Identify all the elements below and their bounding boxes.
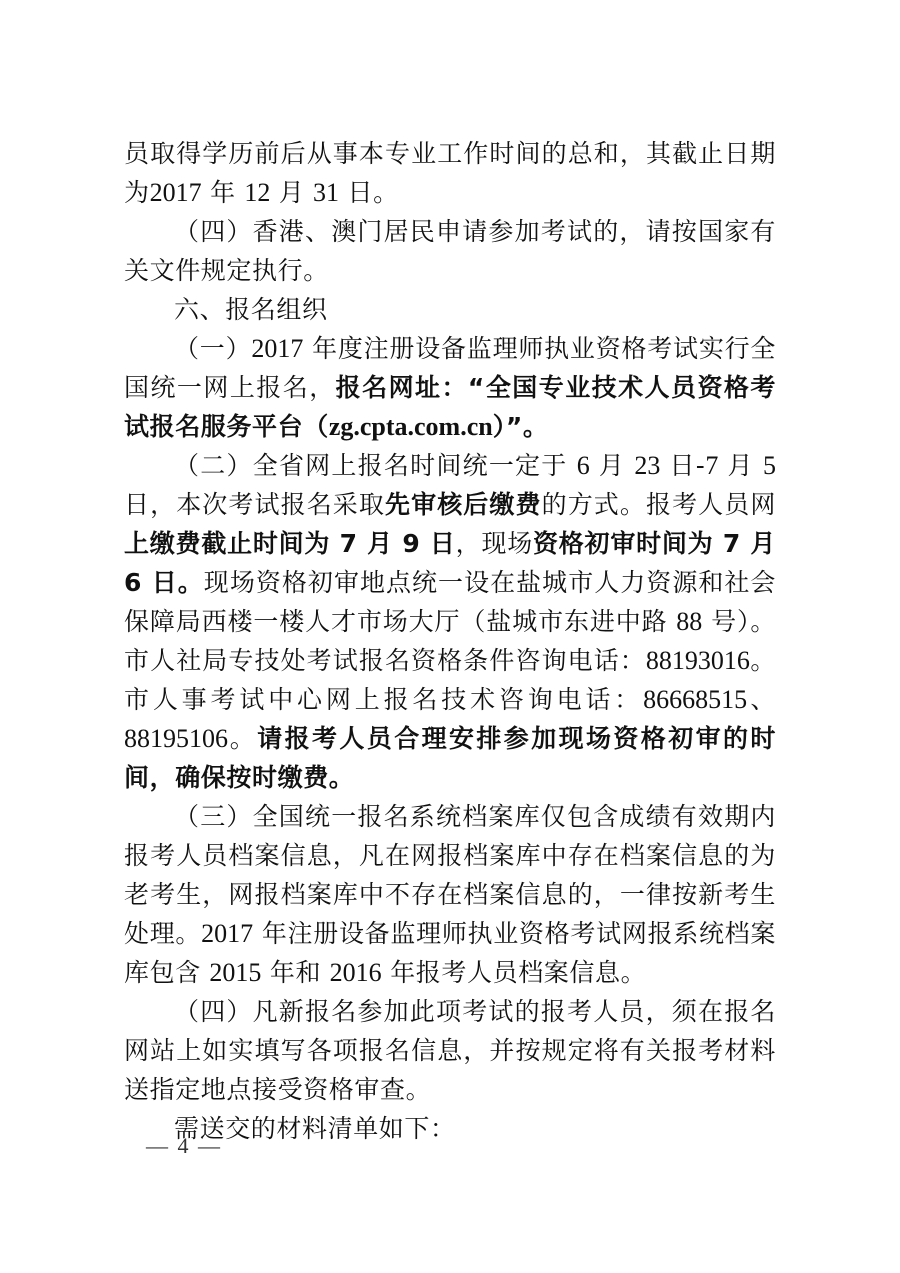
bold-text-run: 上缴费截止时间为 7 月 9 日 <box>124 529 456 558</box>
text-run: 年 <box>202 178 245 207</box>
section-heading-registration: 六、报名组织 <box>124 290 776 329</box>
text-run: 年报考人员档案信息。 <box>382 958 647 987</box>
text-run: （二）全省网上报名时间统一定于 <box>174 451 577 480</box>
phone-number: 88193016 <box>646 646 750 675</box>
document-page: 员取得学历前后从事本专业工作时间的总和，其截止日期为2017 年 12 月 31… <box>124 134 776 1148</box>
text-run: 5 <box>763 451 776 480</box>
text-run: （一） <box>174 334 251 363</box>
text-run: 日。 <box>339 178 399 207</box>
text-run: 日- <box>660 451 705 480</box>
text-run: 88 <box>676 607 702 636</box>
text-run: 6 <box>577 451 590 480</box>
text-run: 月 <box>590 451 635 480</box>
text-run: 的方式。报考人员网 <box>542 490 776 519</box>
heading-text: 六、报名组织 <box>174 295 328 324</box>
paragraph-work-time-deadline: 员取得学历前后从事本专业工作时间的总和，其截止日期为2017 年 12 月 31… <box>124 134 776 212</box>
text-run: 23 <box>634 451 660 480</box>
phone-number: 86668515 <box>643 685 747 714</box>
text-run: 2017 <box>150 178 202 207</box>
text-run: 2017 <box>251 334 303 363</box>
paragraph-online-registration: （一）2017 年度注册设备监理师执业资格考试实行全国统一网上报名，报名网址：“… <box>124 329 776 446</box>
page-number: — 4 — <box>146 1133 222 1159</box>
bold-text-run: 先审核后缴费 <box>385 490 542 519</box>
text-run: 日，本次考试报名采取 <box>124 490 385 519</box>
text-run: 月 <box>718 451 763 480</box>
text-run: 31 <box>313 178 339 207</box>
paragraph-archive-database: （三）全国统一报名系统档案库仅包含成绩有效期内报考人员档案信息，凡在网报档案库中… <box>124 797 776 992</box>
text-run: 2016 <box>330 958 382 987</box>
text-run: （四）香港、澳门居民申请参加考试的，请按国家有关文件规定执行。 <box>124 217 776 285</box>
text-run: ，现场 <box>456 529 533 558</box>
text-run: 12 <box>244 178 270 207</box>
paragraph-registration-schedule: （二）全省网上报名时间统一定于 6 月 23 日-7 月 5 日，本次考试报名采… <box>124 446 776 797</box>
text-run: 2015 <box>209 958 261 987</box>
text-run: 年和 <box>261 958 329 987</box>
text-run: 月 <box>270 178 313 207</box>
text-run: 2017 <box>201 919 253 948</box>
paragraph-hk-macau-residents: （四）香港、澳门居民申请参加考试的，请按国家有关文件规定执行。 <box>124 212 776 290</box>
registration-url-link[interactable]: zg.cpta.com.cn <box>329 412 493 441</box>
bold-text-run: ）”。 <box>493 412 549 441</box>
text-run: 、 <box>747 685 776 714</box>
text-run: （四）凡新报名参加此项考试的报考人员，须在报名网站上如实填写各项报名信息，并按规… <box>124 997 776 1104</box>
phone-number: 88195106 <box>124 724 228 753</box>
paragraph-new-applicants: （四）凡新报名参加此项考试的报考人员，须在报名网站上如实填写各项报名信息，并按规… <box>124 992 776 1109</box>
text-run: 。 <box>228 724 257 753</box>
text-run: 7 <box>705 451 718 480</box>
